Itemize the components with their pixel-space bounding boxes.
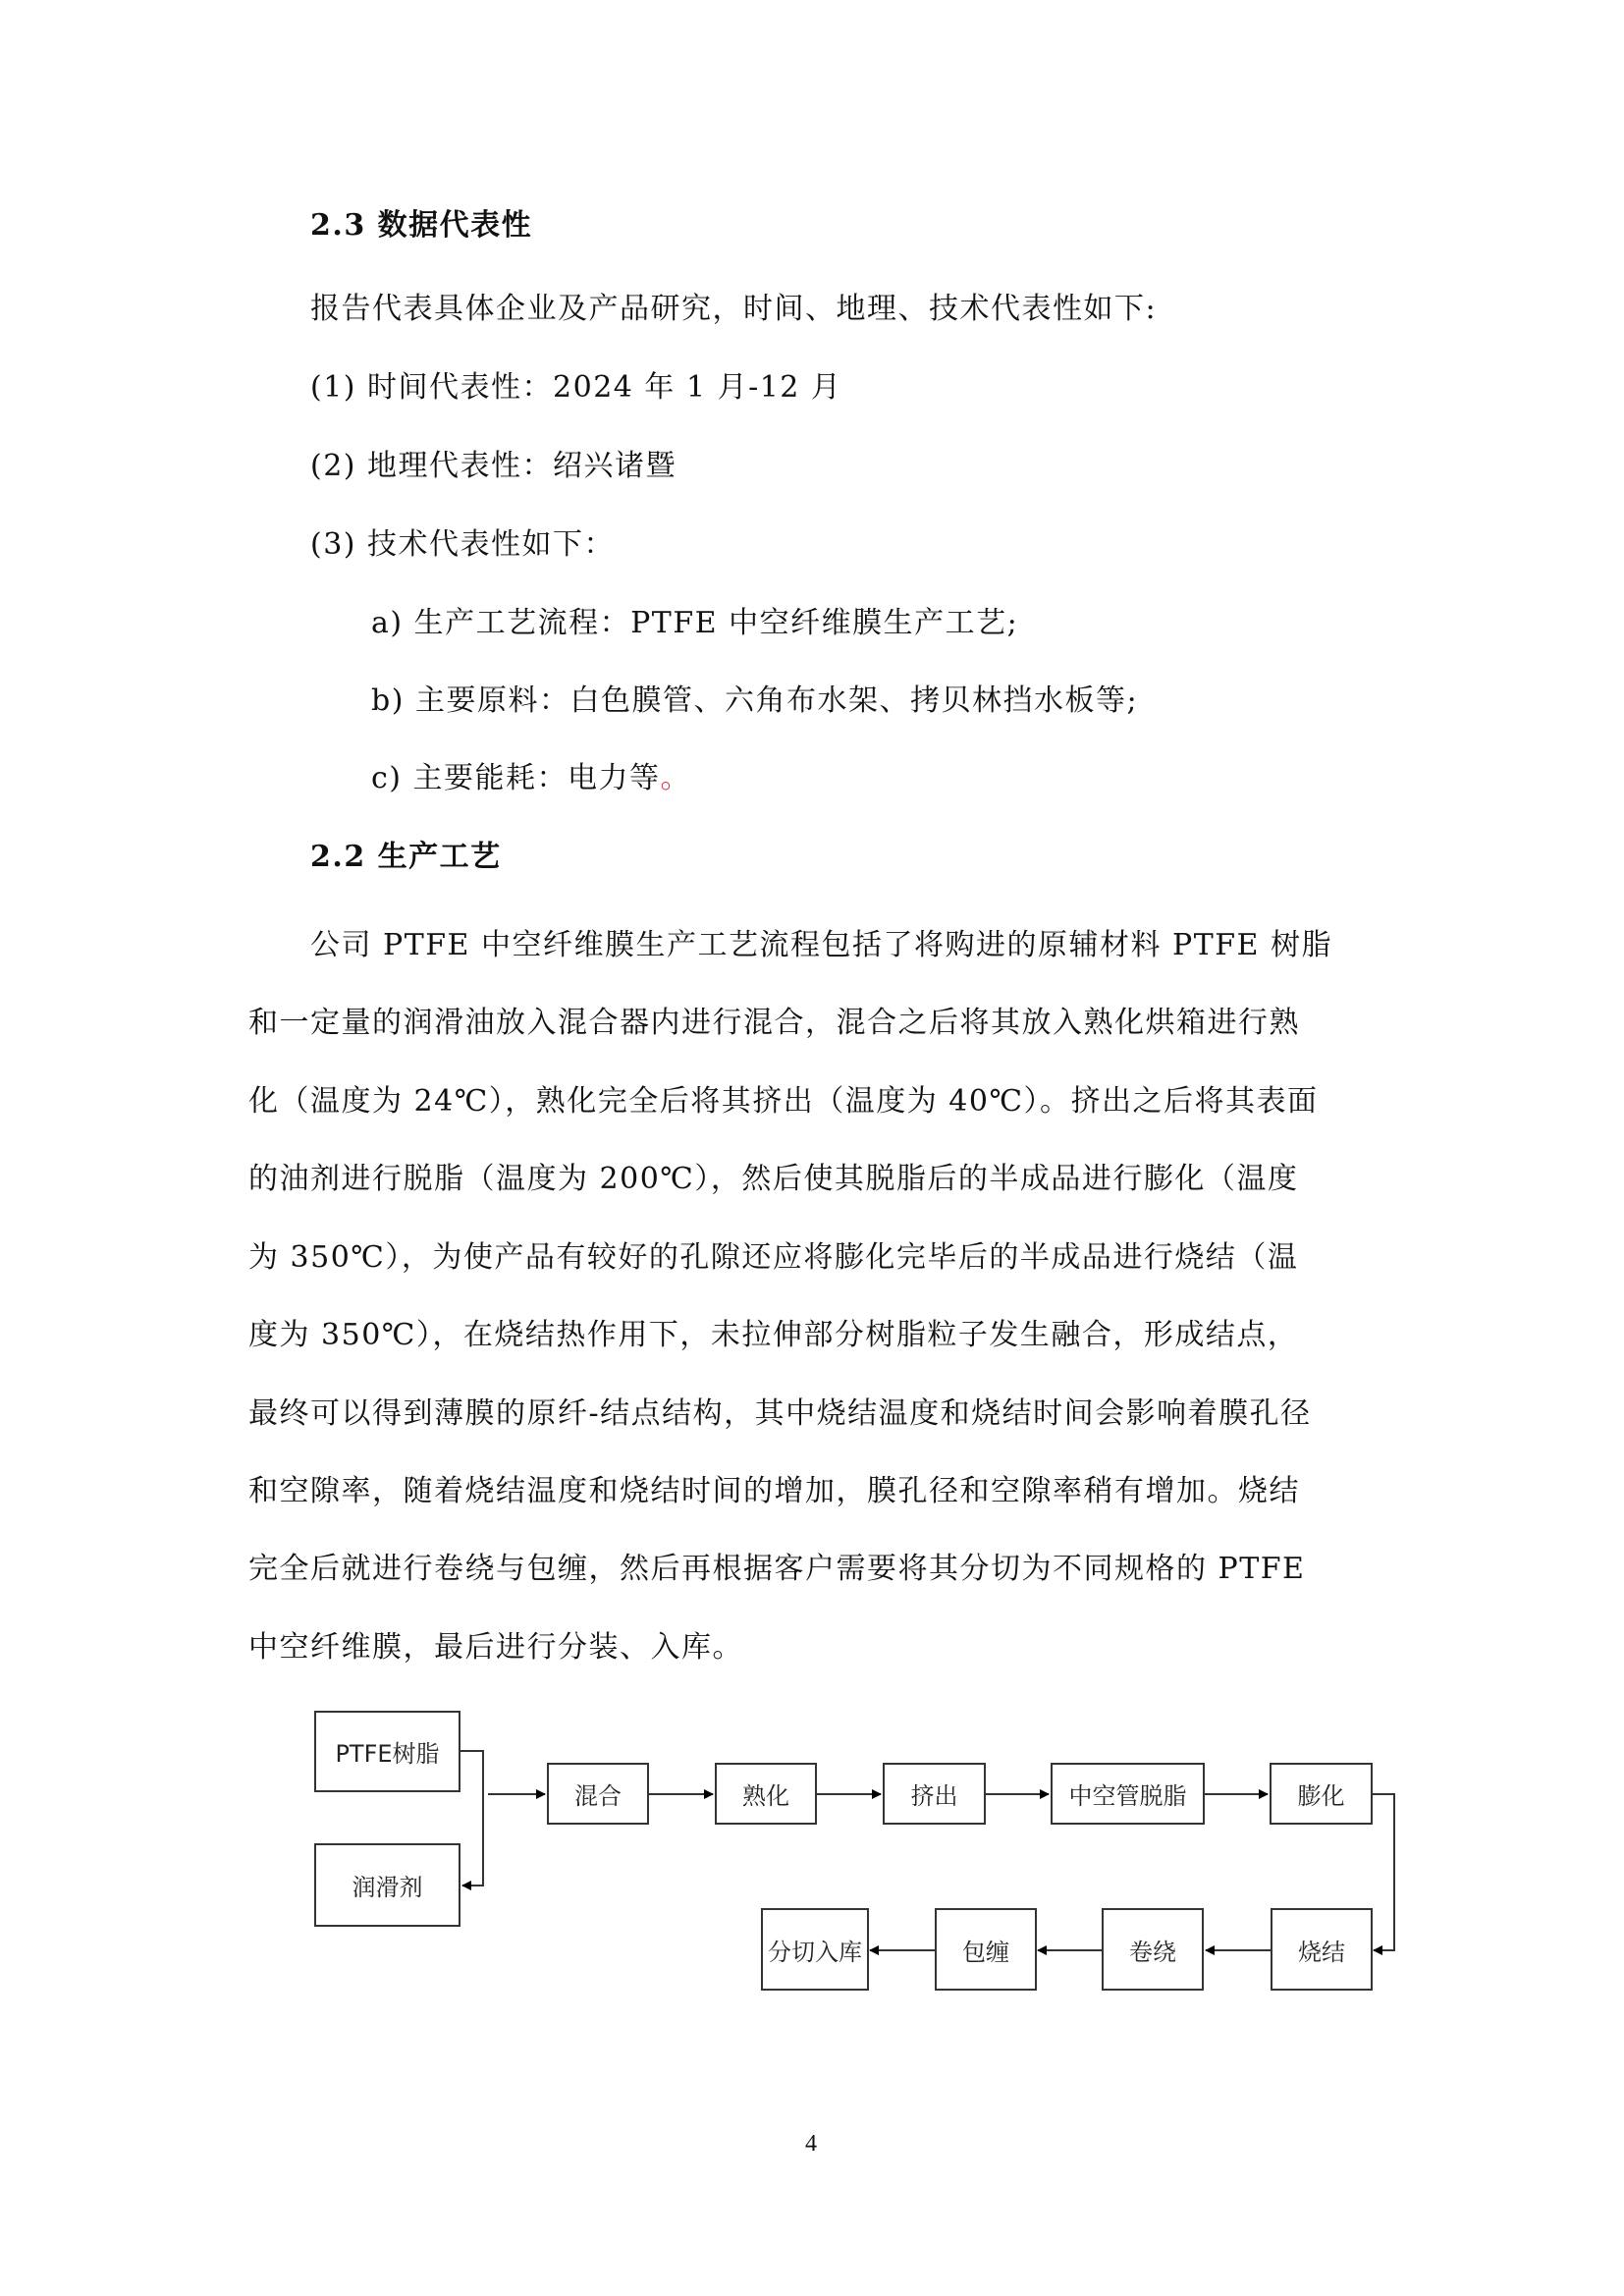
flow-box-degreasing: 中空管脱脂 bbox=[1051, 1763, 1205, 1825]
flow-box-wrapping: 包缠 bbox=[935, 1908, 1037, 1991]
flow-box-cutting-storage: 分切入库 bbox=[761, 1908, 869, 1991]
flow-box-ptfe-resin: PTFE树脂 bbox=[314, 1711, 460, 1792]
flow-box-winding: 卷绕 bbox=[1102, 1908, 1204, 1991]
flow-box-lubricant: 润滑剂 bbox=[314, 1843, 460, 1927]
flow-box-mixing: 混合 bbox=[547, 1763, 649, 1825]
flow-box-extrusion: 挤出 bbox=[883, 1763, 986, 1825]
flow-box-expansion: 膨化 bbox=[1270, 1763, 1373, 1825]
flow-box-sintering: 烧结 bbox=[1271, 1908, 1373, 1991]
page-number: 4 bbox=[805, 2131, 817, 2158]
flow-box-curing: 熟化 bbox=[715, 1763, 817, 1825]
